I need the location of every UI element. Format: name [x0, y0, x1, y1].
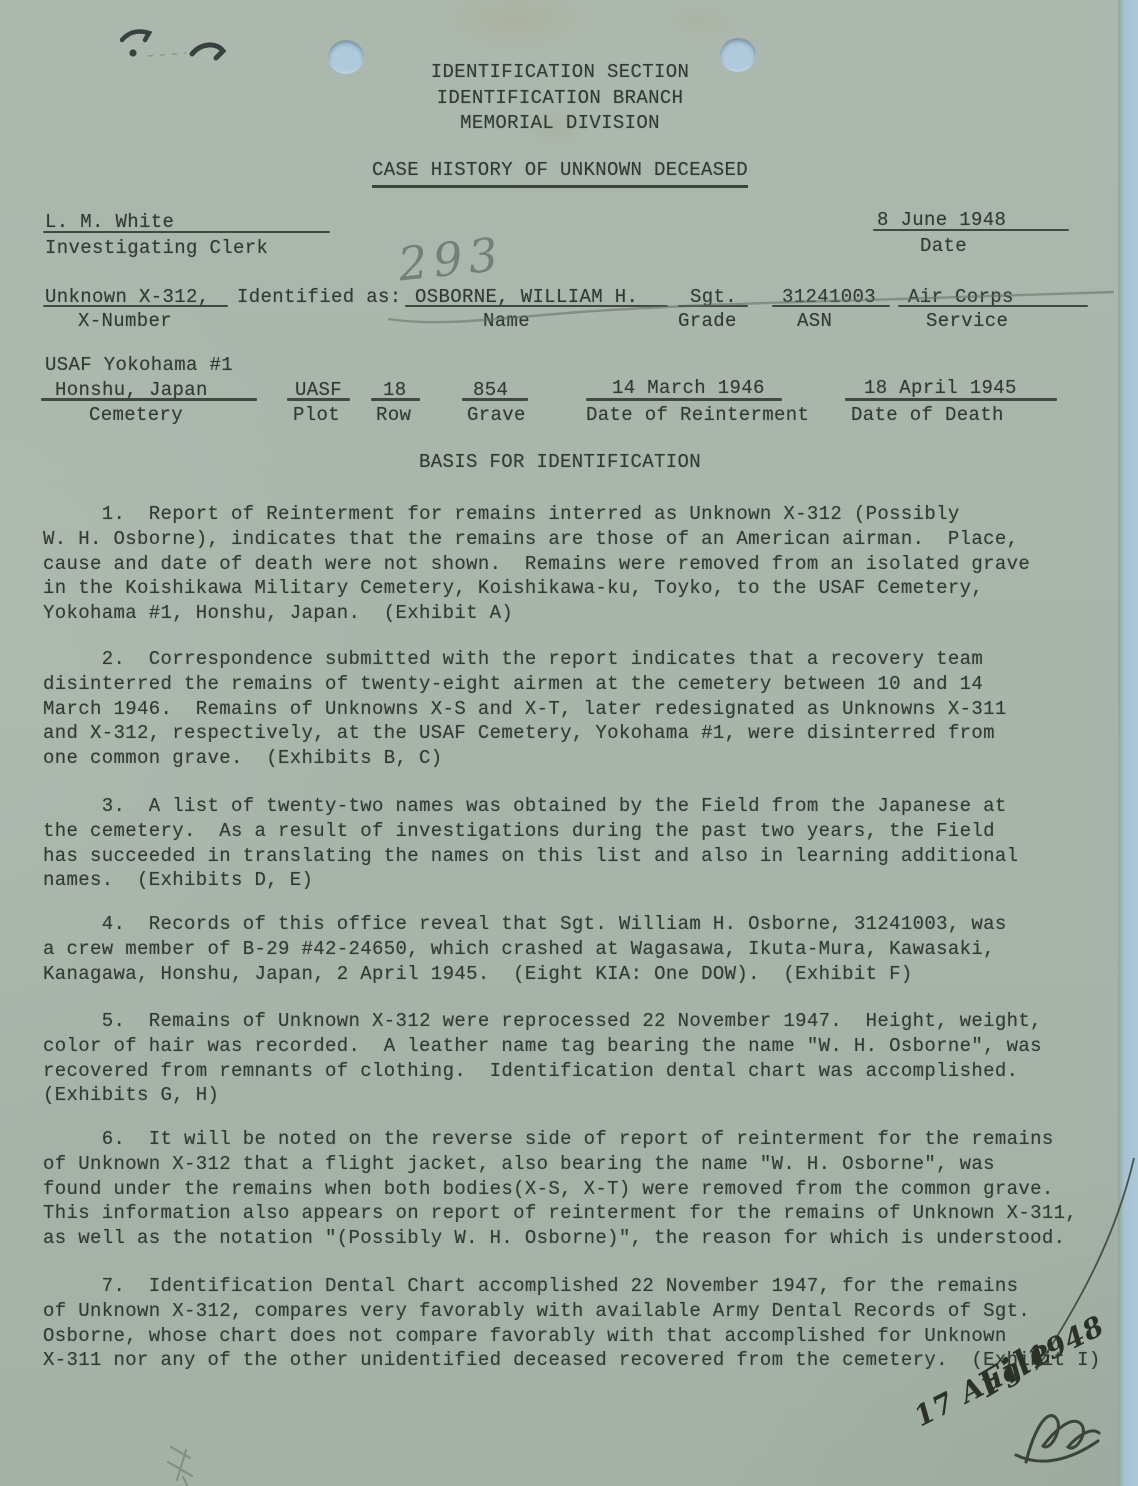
reinterment-underline — [586, 398, 782, 401]
row-label: Row — [376, 403, 411, 428]
paragraph-6: 6. It will be noted on the reverse side … — [43, 1127, 1123, 1251]
asn-label: ASN — [797, 309, 832, 334]
pencil-case-number: 293 — [395, 227, 506, 292]
section-heading: BASIS FOR IDENTIFICATION — [0, 450, 1120, 475]
paragraph-2: 2. Correspondence submitted with the rep… — [43, 647, 1123, 771]
x-number-label: X-Number — [78, 309, 172, 334]
plot-label: Plot — [293, 403, 340, 428]
org-line-memorial-division: MEMORIAL DIVISION — [0, 111, 1120, 136]
paragraph-5: 5. Remains of Unknown X-312 were reproce… — [43, 1009, 1123, 1108]
grave-label: Grave — [467, 403, 526, 428]
name-underline — [405, 305, 668, 307]
ink-mark-1-dot — [129, 49, 136, 56]
service-underline — [898, 305, 1088, 307]
identified-as-label: Identified as: — [237, 285, 402, 310]
x-number-underline — [43, 305, 228, 307]
row-underline — [371, 398, 420, 401]
cemetery-underline — [41, 398, 257, 401]
handwritten-initials-scribble — [1016, 1416, 1099, 1462]
cemetery-value-line1: USAF Yokohama #1 — [45, 353, 233, 378]
reinterment-label: Date of Reinterment — [586, 403, 809, 428]
death-underline — [845, 398, 1057, 401]
org-line-identification-branch: IDENTIFICATION BRANCH — [0, 86, 1120, 111]
grade-label: Grade — [678, 309, 737, 334]
org-line-identification-section: IDENTIFICATION SECTION — [0, 60, 1120, 85]
grade-underline — [678, 305, 748, 307]
date-underline — [873, 229, 1069, 231]
death-label: Date of Death — [851, 403, 1004, 428]
document-title: CASE HISTORY OF UNKNOWN DECEASED — [372, 158, 748, 188]
paragraph-7: 7. Identification Dental Chart accomplis… — [43, 1274, 1123, 1373]
pencil-doodle-mark — [168, 1447, 192, 1486]
date-label: Date — [920, 234, 967, 259]
name-label: Name — [483, 309, 530, 334]
ink-mark-2 — [192, 45, 223, 58]
document-page: IDENTIFICATION SECTION IDENTIFICATION BR… — [0, 0, 1138, 1486]
paragraph-3: 3. A list of twenty-two names was obtain… — [43, 794, 1123, 893]
asn-underline — [772, 305, 890, 307]
cemetery-label: Cemetery — [89, 403, 183, 428]
clerk-role: Investigating Clerk — [45, 236, 268, 261]
paragraph-1: 1. Report of Reinterment for remains int… — [43, 502, 1123, 626]
service-label: Service — [926, 309, 1008, 334]
ink-mark-1 — [122, 32, 149, 40]
grave-underline — [462, 398, 528, 401]
plot-underline — [287, 398, 350, 401]
paragraph-4: 4. Records of this office reveal that Sg… — [43, 912, 1123, 986]
document-title-wrap: CASE HISTORY OF UNKNOWN DECEASED — [0, 158, 1120, 188]
clerk-name-underline — [43, 231, 330, 233]
ink-mark-faint-dash — [148, 53, 186, 56]
